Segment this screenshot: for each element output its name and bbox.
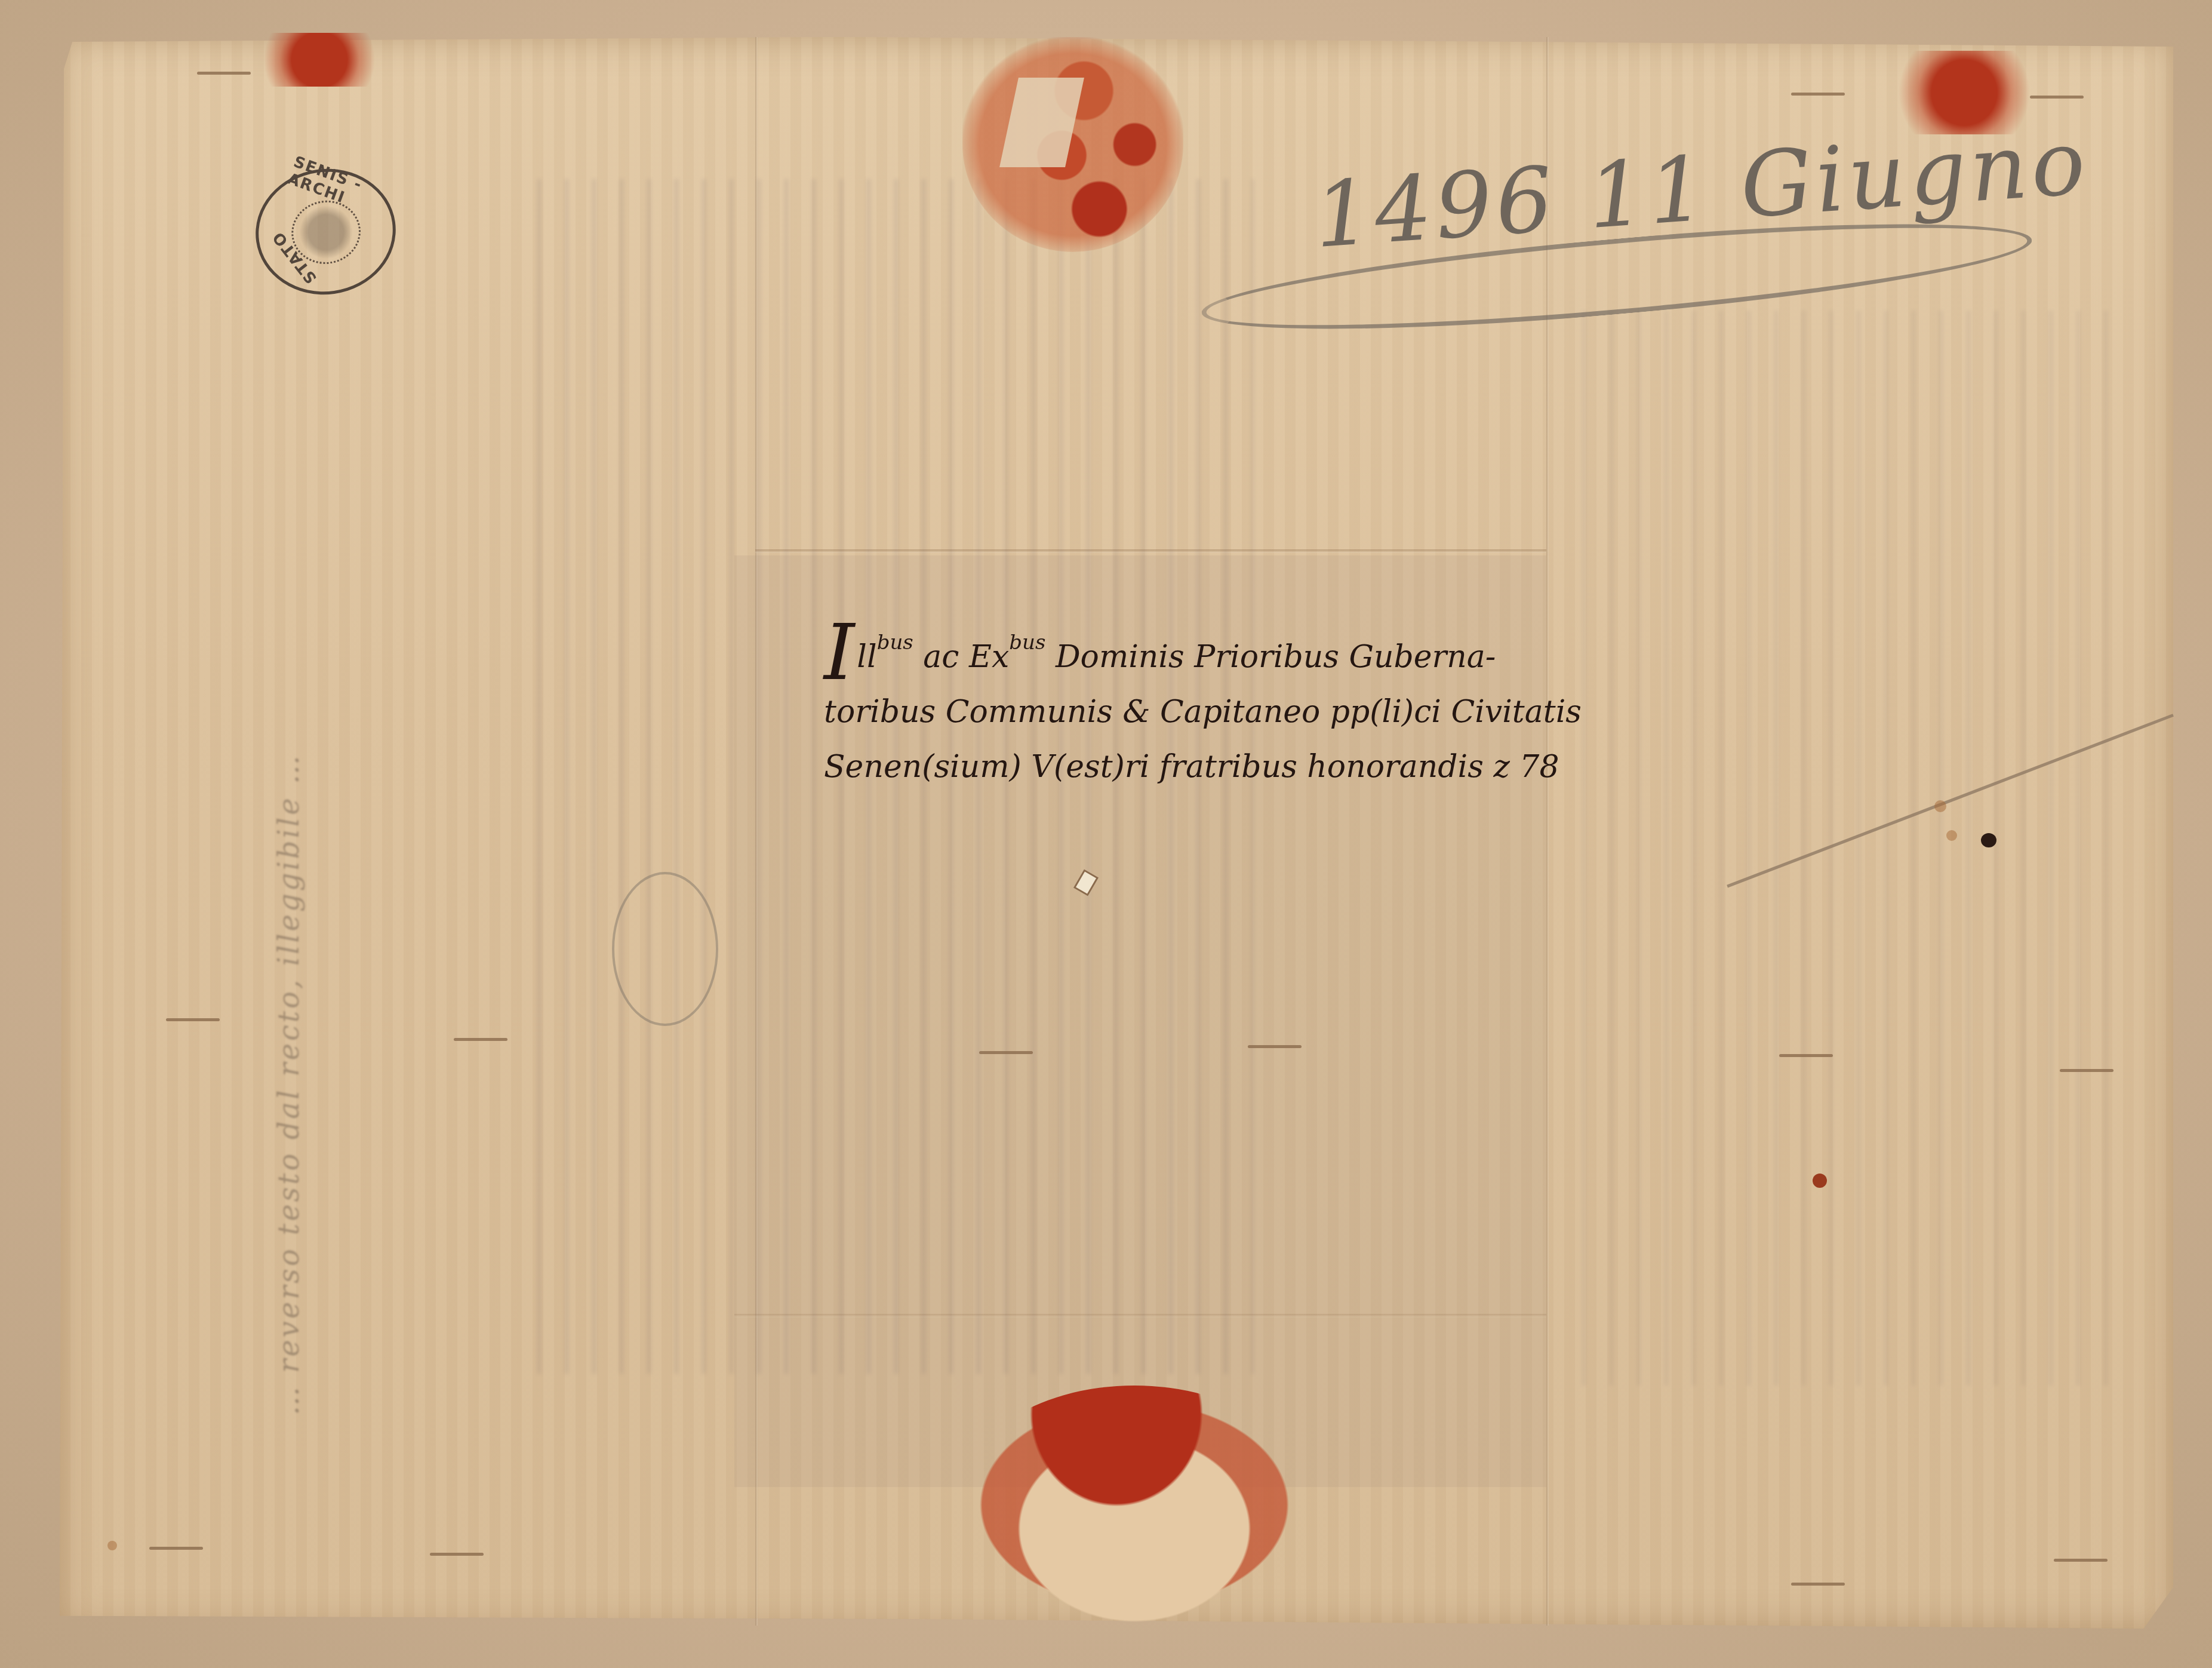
wax-seal-fragment-left [245,33,394,87]
stitch-mark [2060,1069,2113,1072]
address-fragment: ac E [913,639,992,675]
stitch-mark [1791,1583,1845,1586]
address-mark: z 78 [1493,749,1559,785]
stitch-mark [2054,1559,2108,1562]
stain-dot [1934,800,1946,812]
superscript: bus [1009,631,1045,655]
superscript: bus [877,631,913,655]
ink-blot [1981,833,1996,847]
stain-dot [1946,830,1957,841]
stitch-mark [149,1547,203,1550]
address-fragment: Senen(sium) V(est)ri fratribus honorandi… [824,749,1484,785]
address-block: Illbus ac Exbus Dominis Prioribus Gubern… [824,615,1493,794]
stitch-mark [166,1018,220,1021]
address-fragment: ll [857,639,876,675]
address-fragment: Dominis Prioribus Guberna- [1045,639,1496,675]
wax-seal-top [962,37,1183,252]
address-line-3: Senen(sium) V(est)ri fratribus honorandi… [824,739,1493,794]
address-line-1: Illbus ac Exbus Dominis Prioribus Gubern… [824,615,1493,684]
address-fragment: x [992,639,1009,675]
stitch-mark [1791,93,1845,96]
stitch-mark [430,1553,484,1556]
bleed-through-lines-right [1582,311,2119,1386]
address-line-2: toribus Communis & Capitaneo pp(li)ci Ci… [824,684,1493,739]
stitch-mark [979,1051,1033,1054]
stitch-mark [454,1038,507,1041]
stitch-mark [197,72,251,75]
stain-dot [1813,1174,1827,1188]
wax-seal-bottom [955,1386,1313,1624]
stain-dot [107,1541,117,1550]
pencil-circled-mark [612,872,718,1026]
stitch-mark [1248,1045,1302,1048]
stitch-mark [2030,96,2084,99]
stitch-mark [1779,1054,1833,1057]
bleed-through-text: … reverso testo dal recto, illeggibile … [263,251,442,1415]
